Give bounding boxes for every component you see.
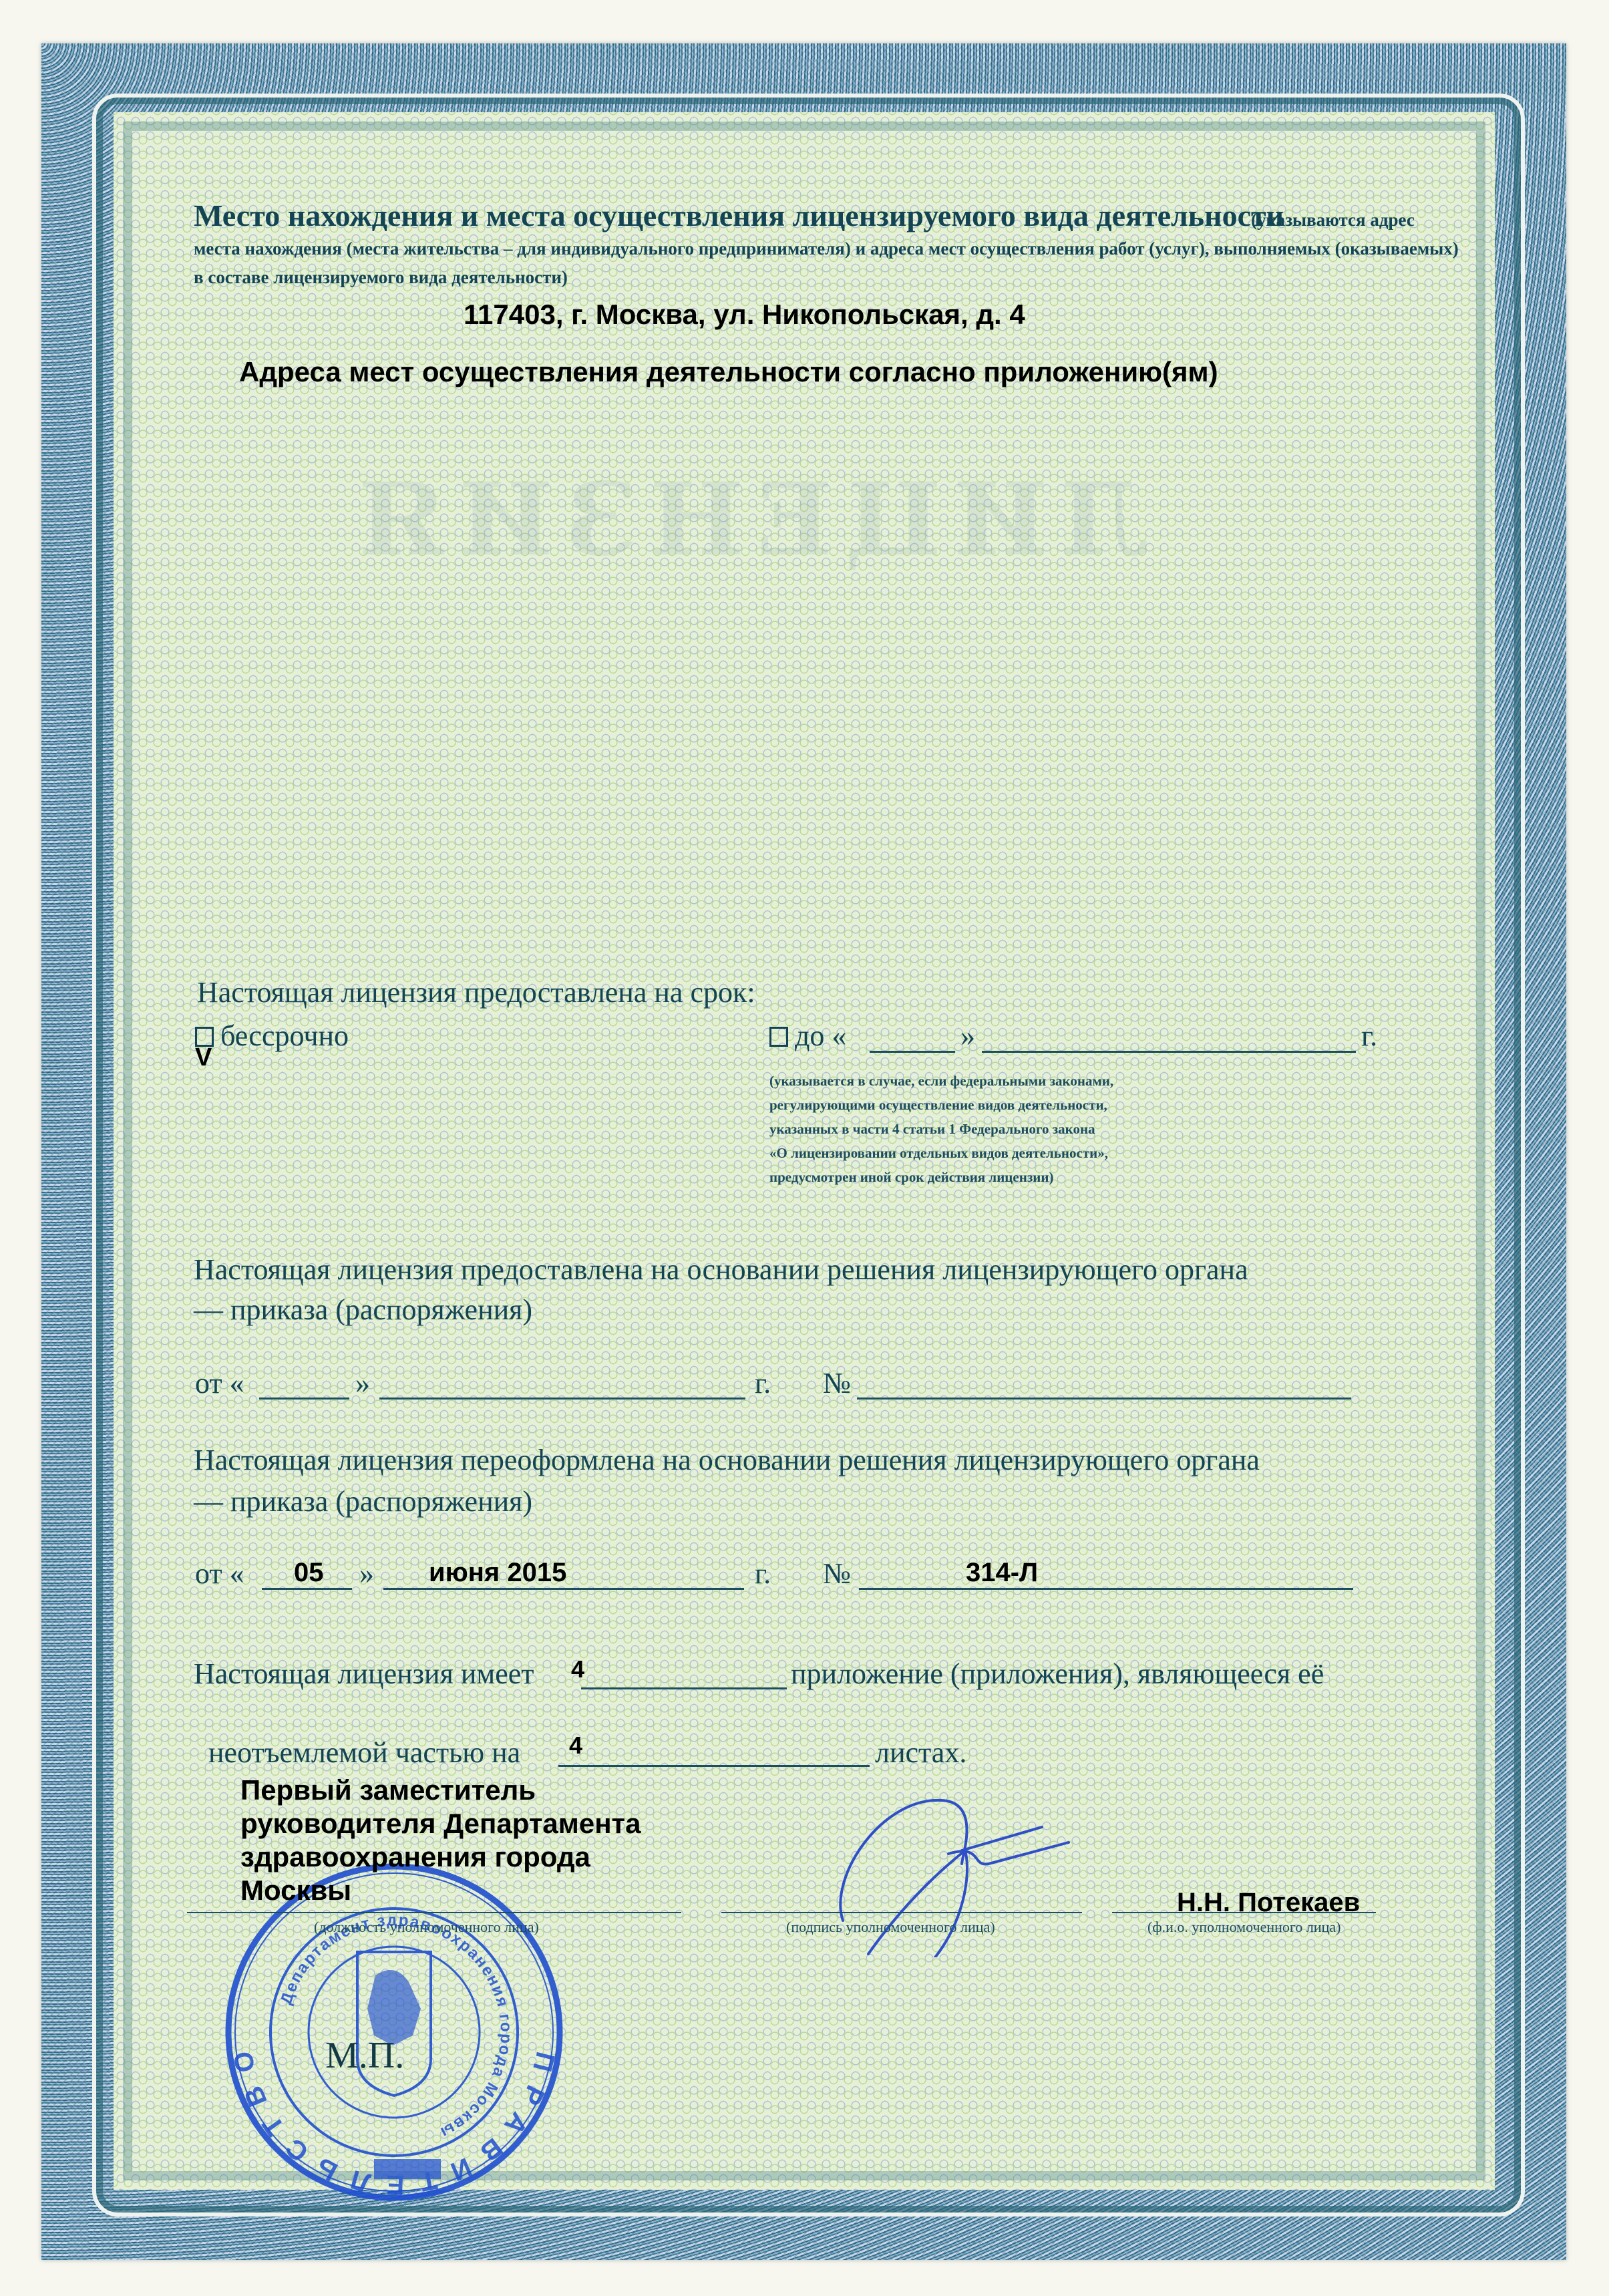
activity-places-value: Адреса мест осуществления деятельности с… <box>239 356 1218 388</box>
until-checkbox[interactable] <box>769 1027 788 1047</box>
watermark-text: ЛИЦЕНЗИЯ <box>481 461 1149 579</box>
reissued-quote-close: » <box>359 1556 374 1591</box>
signatory-position: Первый заместитель руководителя Департам… <box>240 1774 641 1907</box>
appendices-sheets-value: 4 <box>569 1732 582 1760</box>
term-until-option[interactable]: до « <box>769 1019 846 1053</box>
reissued-day-value: 05 <box>294 1558 324 1588</box>
reissued-date-line <box>383 1588 744 1590</box>
granted-from-prefix: от « <box>195 1366 244 1400</box>
appendices-count-value: 4 <box>571 1655 584 1683</box>
check-mark: V <box>195 1043 212 1072</box>
signature-line <box>721 1912 1082 1913</box>
position-line: Первый заместитель <box>240 1774 641 1807</box>
location-hint-2: места нахождения (места жительства – для… <box>194 238 1459 259</box>
appendices-line1-prefix: Настоящая лицензия имеет <box>194 1657 534 1691</box>
granted-day-line <box>259 1398 349 1400</box>
reissued-line-1: Настоящая лицензия переоформлена на осно… <box>194 1443 1260 1477</box>
position-line-underline <box>187 1912 681 1913</box>
position-line: здравоохранения города <box>240 1840 641 1874</box>
granted-date-line <box>379 1398 745 1400</box>
granted-number-sign: № <box>823 1366 851 1400</box>
location-heading: Место нахождения и места осуществления л… <box>194 198 1284 233</box>
term-note-line: регулирующими осуществление видов деятел… <box>769 1093 1113 1117</box>
reissued-line-2: — приказа (распоряжения) <box>194 1484 532 1518</box>
term-note-line: (указывается в случае, если федеральными… <box>769 1069 1113 1093</box>
location-hint-1: (указываются адрес <box>1251 210 1415 230</box>
granted-line-1: Настоящая лицензия предоставлена на осно… <box>194 1253 1248 1287</box>
term-note-line: «О лицензировании отдельных видов деятел… <box>769 1141 1113 1165</box>
location-hint-3: в составе лицензируемого вида деятельнос… <box>194 267 568 288</box>
position-caption: (должность уполномоченного лица) <box>314 1919 539 1936</box>
appendices-line2-prefix: неотъемлемой частью на <box>208 1736 520 1770</box>
until-prefix: до « <box>795 1019 846 1052</box>
reissued-month-year-value: июня 2015 <box>429 1558 566 1588</box>
signature-caption: (подпись уполномоченного лица) <box>786 1919 995 1936</box>
until-quote-close: » <box>960 1019 975 1053</box>
granted-quote-close: » <box>355 1366 370 1400</box>
reissued-number-value: 314-Л <box>966 1558 1038 1588</box>
appendices-count-line <box>581 1687 787 1689</box>
signatory-name: Н.Н. Потекаев <box>1177 1888 1360 1918</box>
name-line <box>1112 1912 1376 1913</box>
until-year-suffix: г. <box>1361 1019 1377 1053</box>
position-line: Москвы <box>240 1874 641 1907</box>
term-note-line: предусмотрен иной срок действия лицензии… <box>769 1165 1113 1189</box>
name-caption: (ф.и.о. уполномоченного лица) <box>1147 1919 1341 1936</box>
term-note-line: указанных в части 4 статьи 1 Федеральног… <box>769 1117 1113 1141</box>
term-heading: Настоящая лицензия предоставлена на срок… <box>197 975 755 1009</box>
term-unlimited-option[interactable]: бессрочно <box>195 1019 349 1053</box>
granted-line-2: — приказа (распоряжения) <box>194 1293 532 1327</box>
reissued-year-suffix: г. <box>755 1556 771 1591</box>
granted-year-suffix: г. <box>755 1366 771 1400</box>
seal-label: М.П. <box>325 2034 404 2077</box>
reissued-from-prefix: от « <box>195 1556 244 1591</box>
appendices-line1-suffix: приложение (приложения), являющееся её <box>791 1657 1324 1691</box>
until-date-line <box>982 1051 1356 1053</box>
unlimited-label: бессрочно <box>220 1019 349 1052</box>
appendices-sheets-line <box>558 1765 870 1767</box>
term-note: (указывается в случае, если федеральными… <box>769 1069 1113 1189</box>
until-day-line <box>870 1051 955 1053</box>
official-seal-stamp: ПРАВИТЕЛЬСТВО МОСКВЫ Департамент здравоо… <box>220 1858 568 2206</box>
reissued-number-line <box>859 1588 1353 1590</box>
reissued-number-sign: № <box>823 1556 851 1591</box>
reissued-day-line <box>262 1588 352 1590</box>
address-value: 117403, г. Москва, ул. Никопольская, д. … <box>464 299 1025 331</box>
granted-number-line <box>857 1398 1351 1400</box>
position-line: руководителя Департамента <box>240 1807 641 1840</box>
